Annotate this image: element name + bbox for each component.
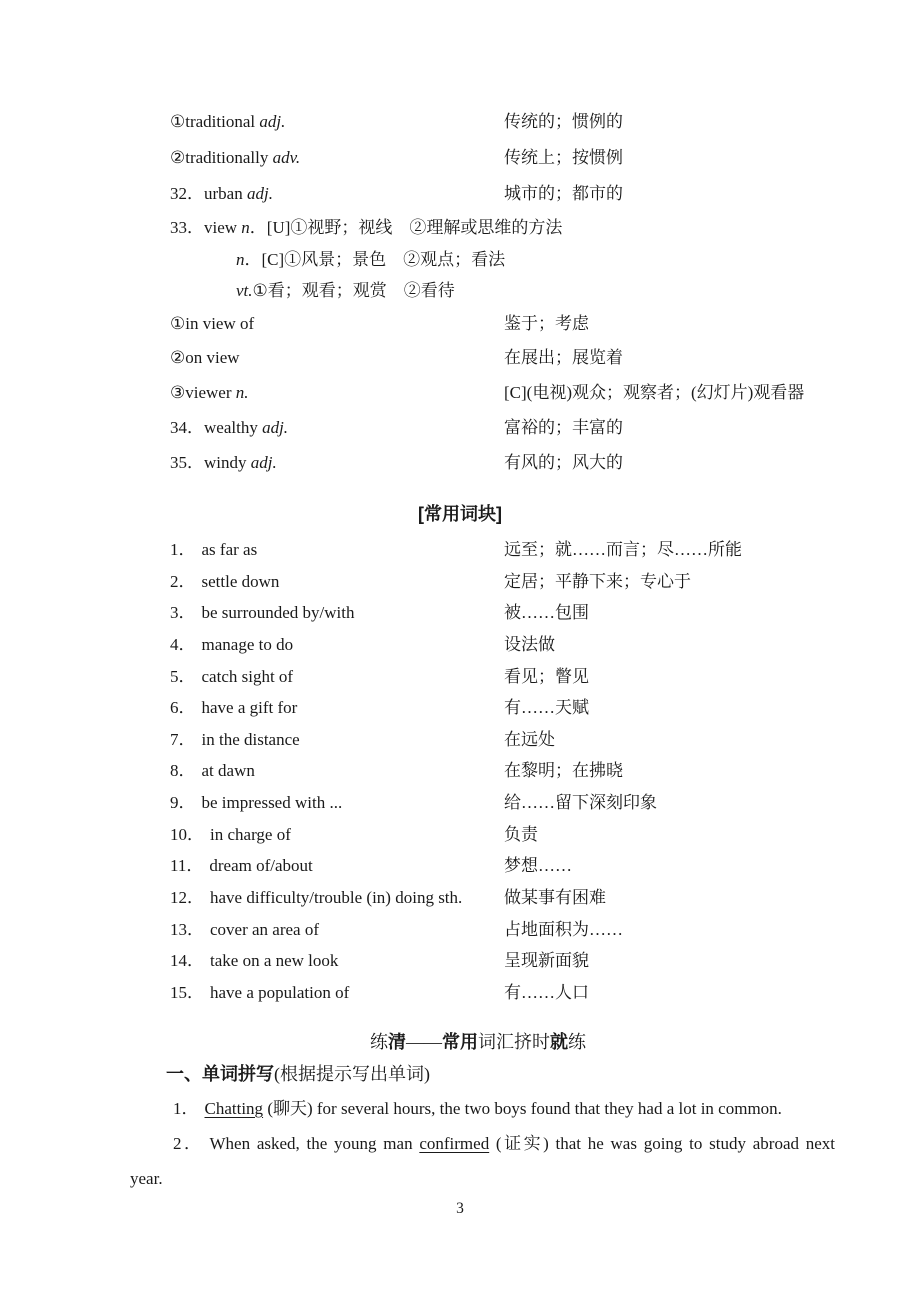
chunk-phrase: be impressed with ... [202, 793, 343, 812]
chunk-translation: 定居；平静下来；专心于 [504, 566, 691, 598]
chunk-entry: 11．dream of/about [170, 850, 313, 882]
chunk-entry: 15．have a population of [170, 977, 349, 1009]
chunk-phrase: in the distance [202, 730, 300, 749]
chunk-translation: 占地面积为…… [504, 914, 623, 946]
chunk-translation: 做某事有困难 [504, 882, 606, 914]
vocab-row-windy: 35．windy adj. 有风的；风大的 [0, 446, 920, 481]
sentence-text: When asked, the young man [210, 1134, 420, 1153]
entry-translation: 鉴于；考虑 [504, 307, 589, 342]
vocab-entry: 34．wealthy adj. [170, 411, 288, 446]
banner-segment: 练 [370, 1032, 388, 1052]
exercise-heading: 一、单词拼写(根据提示写出单词) [166, 1061, 430, 1087]
entry-translation: [C](电视)观众；观察者；(幻灯片)观看器 [504, 376, 804, 411]
chunks-section: 1．as far as远至；就……而言；尽……所能 2．settle down定… [0, 534, 920, 1009]
vocab-row-traditionally: ②traditionally adv. 传统上；按惯例 [0, 140, 920, 176]
vocab-entry: ②traditionally adv. [170, 140, 300, 176]
chunk-translation: 在远处 [504, 724, 555, 756]
chunk-entry: 9．be impressed with ... [170, 787, 342, 819]
entry-word: 35．windy [170, 453, 251, 472]
chunk-phrase: cover an area of [210, 920, 319, 939]
practice-banner: 练清——常用词汇挤时就练 [0, 1029, 920, 1055]
chunk-number: 11． [170, 856, 203, 875]
vocab-entry: ①in view of [170, 307, 254, 342]
entry-word: ②on view [170, 348, 240, 367]
chunk-number: 6． [170, 698, 196, 717]
vocab-entry: 32．urban adj. [170, 176, 273, 212]
vocab-row-on-view: ②on view 在展出；展览着 [0, 341, 920, 376]
part-of-speech: adj. [247, 184, 273, 203]
chunk-phrase: be surrounded by/with [202, 603, 355, 622]
part-of-speech: adv. [273, 148, 301, 167]
vocab-row-viewer: ③viewer n. [C](电视)观众；观察者；(幻灯片)观看器 [0, 376, 920, 411]
chunk-phrase: dream of/about [209, 856, 312, 875]
banner-segment: 词汇挤时 [478, 1032, 550, 1052]
chunk-row: 6．have a gift for有……天赋 [0, 692, 920, 724]
chunk-row: 8．at dawn在黎明；在拂晓 [0, 755, 920, 787]
answer-word-underlined: confirmed [419, 1134, 489, 1153]
banner-segment: 清 [388, 1032, 406, 1052]
page-number: 3 [0, 1196, 920, 1222]
vocab-row-wealthy: 34．wealthy adj. 富裕的；丰富的 [0, 411, 920, 446]
part-of-speech: adj. [251, 453, 277, 472]
sentence-number: 1． [173, 1099, 199, 1118]
chunk-number: 7． [170, 730, 196, 749]
part-of-speech: n. [236, 383, 249, 402]
chunk-number: 8． [170, 761, 196, 780]
chunk-number: 9． [170, 793, 196, 812]
banner-segment: 常用 [442, 1032, 478, 1052]
exercise-sentence-2-wrap: year. [130, 1166, 163, 1192]
chunk-phrase: take on a new look [210, 951, 338, 970]
part-of-speech: adj. [259, 112, 285, 131]
sentence-number: 2． [173, 1134, 204, 1153]
vocab-row-in-view-of: ①in view of 鉴于；考虑 [0, 307, 920, 342]
vocab-entry: n．[C]①风景；景色 ②观点；看法 [236, 244, 505, 276]
exercise-sentence-2: 2．When asked, the young man confirmed (证… [130, 1131, 835, 1157]
vocab-row-view-noun: n．[C]①风景；景色 ②观点；看法 [0, 244, 920, 276]
chunk-row: 13．cover an area of占地面积为…… [0, 914, 920, 946]
chunk-row: 9．be impressed with ...给……留下深刻印象 [0, 787, 920, 819]
chunk-translation: 被……包围 [504, 597, 589, 629]
entry-translation: 在展出；展览着 [504, 341, 623, 376]
vocab-row-view-verb: vt.①看；观看；观赏 ②看待 [0, 275, 920, 307]
chunk-number: 5． [170, 667, 196, 686]
vocab-entry: vt.①看；观看；观赏 ②看待 [236, 275, 455, 307]
chunk-row: 5．catch sight of看见；瞥见 [0, 661, 920, 693]
entry-word: ②traditionally [170, 148, 273, 167]
chunk-translation: 有……人口 [504, 977, 589, 1009]
answer-word-underlined: Chatting [205, 1099, 264, 1118]
entry-word: ③viewer [170, 383, 236, 402]
entry-definition: ．[C]①风景；景色 ②观点；看法 [245, 250, 506, 269]
entry-translation: 有风的；风大的 [504, 446, 623, 481]
entry-translation: 传统上；按惯例 [504, 140, 623, 176]
entry-word: 34．wealthy [170, 418, 262, 437]
chunk-translation: 设法做 [504, 629, 555, 661]
chunk-number: 10． [170, 825, 204, 844]
exercise-sentence-1: 1．Chatting (聊天) for several hours, the t… [130, 1096, 835, 1122]
chunk-row: 12．have difficulty/trouble (in) doing st… [0, 882, 920, 914]
vocab-entry: ①traditional adj. [170, 104, 285, 140]
chunk-translation: 给……留下深刻印象 [504, 787, 657, 819]
chunk-number: 3． [170, 603, 196, 622]
chunk-number: 12． [170, 888, 204, 907]
entry-translation: 富裕的；丰富的 [504, 411, 623, 446]
chunk-phrase: have a gift for [202, 698, 298, 717]
chunk-entry: 4．manage to do [170, 629, 293, 661]
chunk-entry: 12．have difficulty/trouble (in) doing st… [170, 882, 462, 914]
chunk-number: 4． [170, 635, 196, 654]
chunk-entry: 14．take on a new look [170, 945, 338, 977]
vocab-entry: 35．windy adj. [170, 446, 277, 481]
chunk-row: 2．settle down定居；平静下来；专心于 [0, 566, 920, 598]
chunk-translation: 有……天赋 [504, 692, 589, 724]
chunk-row: 7．in the distance在远处 [0, 724, 920, 756]
chunk-entry: 10．in charge of [170, 819, 291, 851]
sentence-text: (聊天) for several hours, the two boys fou… [263, 1099, 782, 1118]
chunk-entry: 3．be surrounded by/with [170, 597, 354, 629]
chunk-phrase: as far as [202, 540, 258, 559]
chunk-row: 10．in charge of负责 [0, 819, 920, 851]
chunk-phrase: in charge of [210, 825, 291, 844]
entry-translation: 城市的；都市的 [504, 176, 623, 212]
chunk-row: 15．have a population of有……人口 [0, 977, 920, 1009]
chunk-phrase: catch sight of [202, 667, 294, 686]
chunk-translation: 在黎明；在拂晓 [504, 755, 623, 787]
part-of-speech: n [236, 250, 245, 269]
chunk-phrase: have difficulty/trouble (in) doing sth. [210, 888, 462, 907]
chunk-number: 15． [170, 983, 204, 1002]
banner-segment: 就 [550, 1032, 568, 1052]
entry-word: 33．view [170, 218, 241, 237]
part-of-speech: vt. [236, 281, 253, 300]
part-of-speech: adj. [262, 418, 288, 437]
chunk-row: 4．manage to do设法做 [0, 629, 920, 661]
vocab-row-view: 33．view n．[U]①视野；视线 ②理解或思维的方法 [0, 212, 920, 244]
chunk-number: 2． [170, 572, 196, 591]
chunk-translation: 远至；就……而言；尽……所能 [504, 534, 742, 566]
chunk-phrase: have a population of [210, 983, 349, 1002]
vocab-section: ①traditional adj. 传统的；惯例的 ②traditionally… [0, 104, 920, 480]
chunk-entry: 5．catch sight of [170, 661, 293, 693]
chunk-entry: 8．at dawn [170, 755, 255, 787]
chunk-row: 11．dream of/about梦想…… [0, 850, 920, 882]
part-of-speech: n [241, 218, 250, 237]
vocab-entry: 33．view n．[U]①视野；视线 ②理解或思维的方法 [170, 212, 562, 244]
chunk-phrase: settle down [202, 572, 280, 591]
chunk-row: 1．as far as远至；就……而言；尽……所能 [0, 534, 920, 566]
chunk-number: 13． [170, 920, 204, 939]
chunks-heading: [常用词块] [0, 501, 920, 527]
chunk-translation: 看见；瞥见 [504, 661, 589, 693]
vocab-row-urban: 32．urban adj. 城市的；都市的 [0, 176, 920, 212]
vocab-entry: ③viewer n. [170, 376, 249, 411]
chunk-entry: 2．settle down [170, 566, 279, 598]
chunk-entry: 7．in the distance [170, 724, 300, 756]
entry-definition: ．[U]①视野；视线 ②理解或思维的方法 [250, 218, 563, 237]
banner-segment: 练 [568, 1032, 586, 1052]
chunk-translation: 负责 [504, 819, 538, 851]
exercise-subtitle: (根据提示写出单词) [274, 1064, 430, 1084]
chunk-translation: 呈现新面貌 [504, 945, 589, 977]
banner-dash: —— [406, 1032, 442, 1052]
chunk-phrase: manage to do [202, 635, 294, 654]
document-page: ①traditional adj. 传统的；惯例的 ②traditionally… [0, 0, 920, 1302]
entry-word: 32．urban [170, 184, 247, 203]
chunk-entry: 1．as far as [170, 534, 257, 566]
chunk-row: 14．take on a new look呈现新面貌 [0, 945, 920, 977]
chunk-number: 1． [170, 540, 196, 559]
chunk-translation: 梦想…… [504, 850, 572, 882]
entry-word: ①in view of [170, 314, 254, 333]
chunk-entry: 6．have a gift for [170, 692, 297, 724]
exercise-title: 一、单词拼写 [166, 1064, 274, 1084]
chunk-number: 14． [170, 951, 204, 970]
chunk-phrase: at dawn [202, 761, 255, 780]
chunk-row: 3．be surrounded by/with被……包围 [0, 597, 920, 629]
chunk-entry: 13．cover an area of [170, 914, 319, 946]
entry-definition: ①看；观看；观赏 ②看待 [253, 281, 455, 300]
vocab-row-traditional: ①traditional adj. 传统的；惯例的 [0, 104, 920, 140]
entry-word: ①traditional [170, 112, 259, 131]
entry-translation: 传统的；惯例的 [504, 104, 623, 140]
sentence-text: (证实) that he was going to study abroad n… [489, 1134, 835, 1153]
vocab-entry: ②on view [170, 341, 240, 376]
